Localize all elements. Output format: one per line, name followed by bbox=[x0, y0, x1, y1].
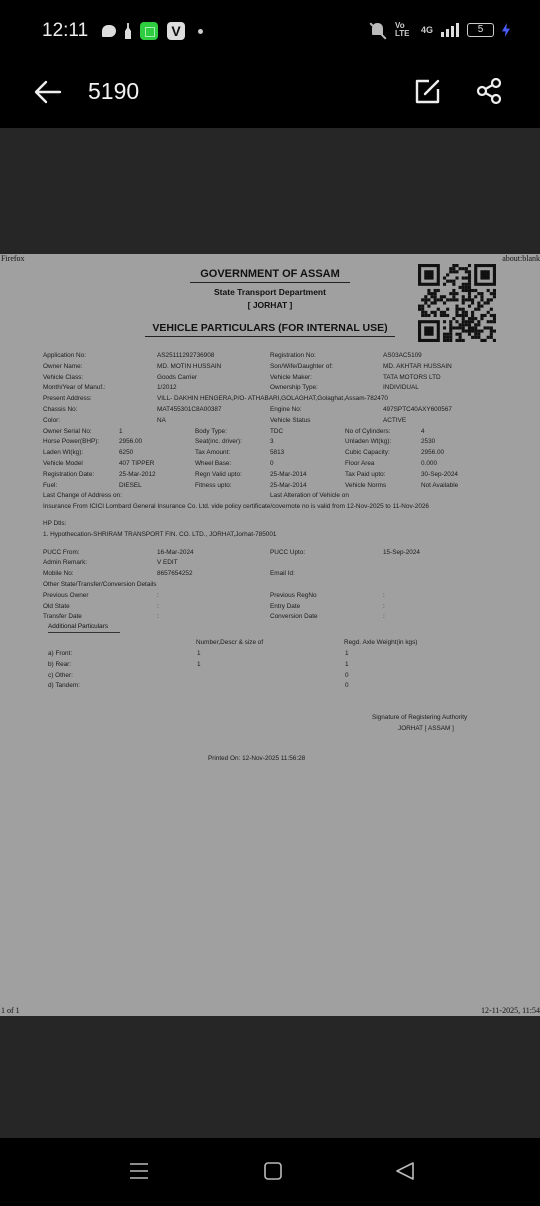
field-label: Registration Date: bbox=[43, 471, 94, 478]
field-value: DIESEL bbox=[119, 482, 142, 489]
file-title: 5190 bbox=[88, 78, 139, 105]
field-label: Ownership Type: bbox=[270, 384, 318, 391]
axle-weight: 1 bbox=[345, 650, 349, 657]
field-value: MD. MOTIN HUSSAIN bbox=[157, 363, 221, 370]
last-change-address: Last Change of Address on: bbox=[43, 492, 122, 499]
back-triangle-icon bbox=[394, 1160, 416, 1182]
field-value: TATA MOTORS LTD bbox=[383, 374, 441, 381]
chat-bubble-icon bbox=[102, 25, 116, 37]
recents-button[interactable] bbox=[128, 1160, 150, 1187]
field-label: Wheel Base: bbox=[195, 460, 231, 467]
edit-icon bbox=[412, 76, 442, 106]
department: State Transport Department bbox=[170, 287, 370, 297]
charging-bolt-icon bbox=[502, 23, 510, 37]
last-alteration: Last Alteration of Vehicle on bbox=[270, 492, 349, 499]
home-icon bbox=[262, 1160, 284, 1182]
field-label: Old State bbox=[43, 603, 70, 610]
field-label: Laden Wt(kg): bbox=[43, 449, 83, 456]
field-value: 25-Mar-2014 bbox=[270, 471, 307, 478]
status-bar: 12:11 V VoLTE 4G 5 bbox=[0, 0, 540, 62]
field-value: 30-Sep-2024 bbox=[421, 471, 458, 478]
field-value: : bbox=[157, 603, 159, 610]
field-value: 25-Mar-2014 bbox=[270, 482, 307, 489]
additional-particulars-title: Additional Particulars bbox=[48, 623, 120, 633]
home-button[interactable] bbox=[262, 1160, 284, 1187]
field-value: 6250 bbox=[119, 449, 133, 456]
signal-bars-icon bbox=[441, 23, 459, 37]
field-value: 8657654252 bbox=[157, 570, 193, 577]
notification-icons: V bbox=[102, 22, 203, 40]
field-label: Body Type: bbox=[195, 428, 227, 435]
field-value: 5813 bbox=[270, 449, 284, 456]
field-value: V EDIT bbox=[157, 559, 178, 566]
field-label: Horse Power(BHP): bbox=[43, 438, 99, 445]
field-label: Unladen Wt(kg): bbox=[345, 438, 391, 445]
axle-weight: 1 bbox=[345, 661, 349, 668]
field-value: : bbox=[157, 613, 159, 620]
field-value: 15-Sep-2024 bbox=[383, 549, 420, 556]
field-label: Color: bbox=[43, 417, 60, 424]
arrow-left-icon bbox=[32, 78, 64, 106]
axle-weight-header: Regd. Axle Weight(in kgs) bbox=[344, 639, 417, 646]
field-label: Son/Wife/Daughter of: bbox=[270, 363, 333, 370]
field-value: MAT455301C8A00387 bbox=[157, 406, 222, 413]
axle-weight: 0 bbox=[345, 672, 349, 679]
axle-col-header: Number,Descr & size of bbox=[196, 639, 263, 646]
field-label: Seat(inc. driver): bbox=[195, 438, 242, 445]
share-icon bbox=[474, 76, 504, 106]
field-label: Month/Year of Manuf.: bbox=[43, 384, 106, 391]
dot-icon bbox=[198, 29, 203, 34]
field-label: Fitness upto: bbox=[195, 482, 232, 489]
field-label: Email Id: bbox=[270, 570, 295, 577]
field-label: Regn Valid upto: bbox=[195, 471, 242, 478]
navigation-bar bbox=[0, 1138, 540, 1206]
address-value: VILL- DAKHIN HENGERA,P/O- ATHABARI,GOLAG… bbox=[157, 395, 388, 402]
field-label: Vehicle Model bbox=[43, 460, 83, 467]
field-value: 3 bbox=[270, 438, 274, 445]
field-value: 2530 bbox=[421, 438, 435, 445]
field-label: Cubic Capacity: bbox=[345, 449, 390, 456]
field-value: MD. AKHTAR HUSSAIN bbox=[383, 363, 452, 370]
field-label: Admin Remark: bbox=[43, 559, 87, 566]
edit-button[interactable] bbox=[412, 76, 442, 106]
battery-icon: 5 bbox=[467, 23, 494, 37]
system-icons: VoLTE 4G 5 bbox=[369, 21, 510, 39]
hp-value: 1. Hypothecation-SHRIRAM TRANSPORT FIN. … bbox=[43, 531, 276, 538]
field-value: TDC bbox=[270, 428, 283, 435]
axle-label: a) Front: bbox=[48, 650, 72, 657]
field-label: Previous RegNo bbox=[270, 592, 317, 599]
gov-title: GOVERNMENT OF ASSAM bbox=[190, 268, 350, 283]
share-button[interactable] bbox=[474, 76, 504, 106]
hp-label: HP Dtls: bbox=[43, 520, 66, 527]
field-label: Tax Amount: bbox=[195, 449, 230, 456]
field-value: 0.000 bbox=[421, 460, 437, 467]
app-bar: 5190 bbox=[0, 62, 540, 128]
field-label: Present Address: bbox=[43, 395, 92, 402]
print-header-left: Firefox bbox=[1, 254, 25, 263]
axle-label: d) Tandem: bbox=[48, 682, 80, 689]
field-label: Chassis No: bbox=[43, 406, 77, 413]
field-label: Tax Paid upto: bbox=[345, 471, 386, 478]
status-time: 12:11 bbox=[42, 20, 88, 42]
signature-label: Signature of Registering Authority bbox=[372, 714, 467, 721]
recents-icon bbox=[128, 1160, 150, 1182]
field-value: : bbox=[157, 592, 159, 599]
field-label: PUCC From: bbox=[43, 549, 80, 556]
field-label: Owner Name: bbox=[43, 363, 82, 370]
axle-label: b) Rear: bbox=[48, 661, 71, 668]
field-label: Vehicle Maker: bbox=[270, 374, 312, 381]
field-value: : bbox=[383, 603, 385, 610]
field-value: 4 bbox=[421, 428, 425, 435]
field-value: Not Available bbox=[421, 482, 458, 489]
field-value: NA bbox=[157, 417, 166, 424]
field-value: 1 bbox=[119, 428, 123, 435]
axle-number: 1 bbox=[197, 661, 201, 668]
field-label: Vehicle Class: bbox=[43, 374, 83, 381]
field-value: 25-Mar-2012 bbox=[119, 471, 156, 478]
field-label: Registration No: bbox=[270, 352, 316, 359]
print-footer-right: 12-11-2025, 11:54 bbox=[481, 1006, 540, 1015]
field-value: 407 TIPPER bbox=[119, 460, 154, 467]
field-label: PUCC Upto: bbox=[270, 549, 305, 556]
field-value: : bbox=[383, 613, 385, 620]
field-label: Conversion Date bbox=[270, 613, 318, 620]
office: [ JORHAT ] bbox=[170, 300, 370, 310]
field-value: 16-Mar-2024 bbox=[157, 549, 194, 556]
signature-place: JORHAT [ ASSAM ] bbox=[398, 725, 454, 732]
4g-signal-icon: 4G bbox=[421, 25, 433, 35]
back-nav-button[interactable] bbox=[394, 1160, 416, 1187]
field-label: Mobile No: bbox=[43, 570, 74, 577]
axle-number: 1 bbox=[197, 650, 201, 657]
green-app-icon bbox=[140, 22, 158, 40]
field-label: Application No: bbox=[43, 352, 86, 359]
field-value: : bbox=[383, 592, 385, 599]
field-label: Fuel: bbox=[43, 482, 57, 489]
field-label: Owner Serial No: bbox=[43, 428, 92, 435]
field-label: Engine No: bbox=[270, 406, 302, 413]
printed-on: Printed On: 12-Nov-2025 11:56:28 bbox=[208, 755, 305, 762]
field-label: Floor Area bbox=[345, 460, 374, 467]
back-button[interactable] bbox=[32, 78, 64, 106]
field-value: INDIVIDUAL bbox=[383, 384, 419, 391]
field-label: Transfer Date bbox=[43, 613, 82, 620]
field-value: 2956.00 bbox=[421, 449, 444, 456]
field-value: Goods Carrier bbox=[157, 374, 197, 381]
field-label: Previous Owner bbox=[43, 592, 88, 599]
document-title: VEHICLE PARTICULARS (FOR INTERNAL USE) bbox=[145, 322, 395, 337]
field-value: 497SPTC40AXY600567 bbox=[383, 406, 452, 413]
field-value: ACTIVE bbox=[383, 417, 406, 424]
qr-code bbox=[418, 264, 496, 342]
field-value: 1/2012 bbox=[157, 384, 177, 391]
document-page: Firefox about:blank GOVERNMENT OF ASSAM … bbox=[0, 254, 540, 1016]
field-value: AS25111292736908 bbox=[157, 352, 214, 359]
axle-label: c) Other: bbox=[48, 672, 73, 679]
document-viewer[interactable]: Firefox about:blank GOVERNMENT OF ASSAM … bbox=[0, 128, 540, 1138]
field-label: Entry Date bbox=[270, 603, 300, 610]
v-app-icon: V bbox=[167, 22, 185, 40]
field-value: 0 bbox=[270, 460, 274, 467]
print-footer-left: 1 of 1 bbox=[1, 1006, 20, 1015]
field-label: No of Cylinders: bbox=[345, 428, 390, 435]
mute-icon bbox=[369, 21, 387, 39]
volte-icon: VoLTE bbox=[395, 22, 413, 38]
field-value: AS03AC5109 bbox=[383, 352, 422, 359]
insurance-details: Insurance From ICICI Lombard General Ins… bbox=[43, 503, 429, 510]
bottle-icon bbox=[125, 23, 131, 39]
print-header-right: about:blank bbox=[502, 254, 540, 263]
axle-weight: 0 bbox=[345, 682, 349, 689]
field-label: Vehicle Norms bbox=[345, 482, 386, 489]
field-label: Vehicle Status bbox=[270, 417, 311, 424]
other-state-heading: Other State/Transfer/Conversion Details bbox=[43, 581, 156, 588]
field-value: 2956.00 bbox=[119, 438, 142, 445]
